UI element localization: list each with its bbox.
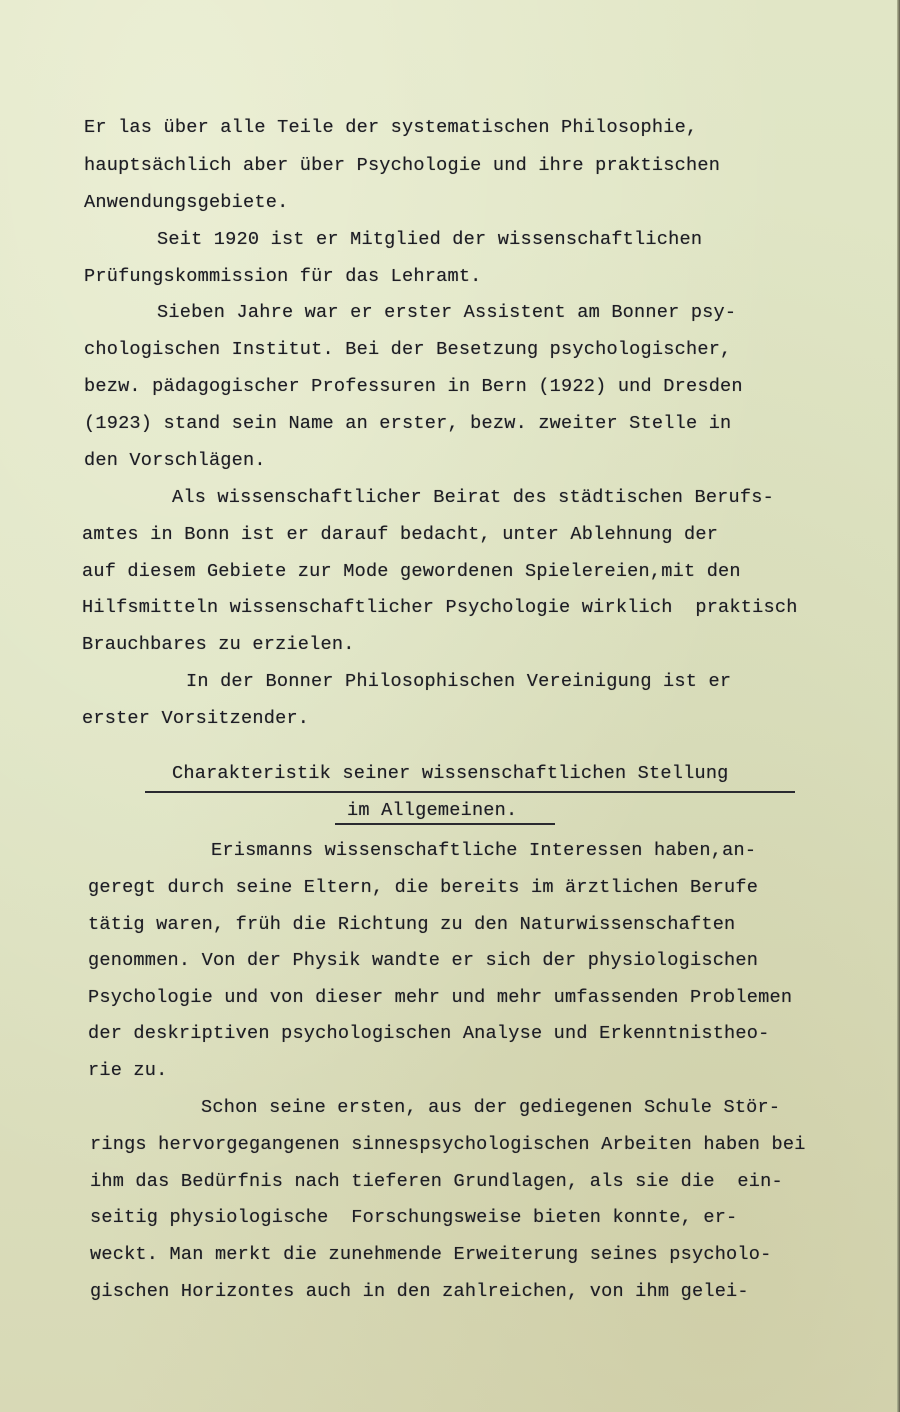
text-line: ihm das Bedürfnis nach tieferen Grundlag… [90, 1171, 783, 1193]
text-line: Er las über alle Teile der systematische… [84, 117, 697, 139]
text-line: den Vorschlägen. [84, 450, 266, 472]
text-line: erster Vorsitzender. [82, 708, 309, 730]
section-heading: Charakteristik seiner wissenschaftlichen… [172, 763, 729, 785]
text-line: Erismanns wissenschaftliche Interessen h… [211, 840, 756, 862]
heading-underline [335, 823, 555, 825]
text-line: rings hervorgegangenen sinnespsychologis… [90, 1134, 806, 1156]
section-heading: im Allgemeinen. [347, 800, 517, 822]
text-line: bezw. pädagogischer Professuren in Bern … [84, 376, 743, 398]
text-line: hauptsächlich aber über Psychologie und … [84, 155, 720, 177]
text-line: tätig waren, früh die Richtung zu den Na… [88, 914, 735, 936]
heading-underline [145, 791, 795, 793]
text-line: Sieben Jahre war er erster Assistent am … [157, 302, 736, 324]
text-line: geregt durch seine Eltern, die bereits i… [88, 877, 758, 899]
text-line: Hilfsmitteln wissenschaftlicher Psycholo… [82, 597, 798, 619]
text-line: Seit 1920 ist er Mitglied der wissenscha… [157, 229, 702, 251]
text-line: Als wissenschaftlicher Beirat des städti… [172, 487, 774, 509]
text-line: Brauchbares zu erzielen. [82, 634, 355, 656]
text-line: Prüfungskommission für das Lehramt. [84, 266, 482, 288]
text-line: chologischen Institut. Bei der Besetzung… [84, 339, 731, 361]
text-line: weckt. Man merkt die zunehmende Erweiter… [90, 1244, 771, 1266]
text-line: (1923) stand sein Name an erster, bezw. … [84, 413, 731, 435]
text-line: Schon seine ersten, aus der gediegenen S… [201, 1097, 780, 1119]
text-line: auf diesem Gebiete zur Mode gewordenen S… [82, 561, 741, 583]
text-line: gischen Horizontes auch in den zahlreich… [90, 1281, 749, 1303]
text-line: amtes in Bonn ist er darauf bedacht, unt… [82, 524, 718, 546]
text-line: der deskriptiven psychologischen Analyse… [88, 1023, 769, 1045]
text-line: seitig physiologische Forschungsweise bi… [90, 1207, 737, 1229]
text-line: In der Bonner Philosophischen Vereinigun… [186, 671, 731, 693]
text-line: genommen. Von der Physik wandte er sich … [88, 950, 758, 972]
text-line: rie zu. [88, 1060, 168, 1082]
text-line: Anwendungsgebiete. [84, 192, 288, 214]
text-line: Psychologie und von dieser mehr und mehr… [88, 987, 792, 1009]
